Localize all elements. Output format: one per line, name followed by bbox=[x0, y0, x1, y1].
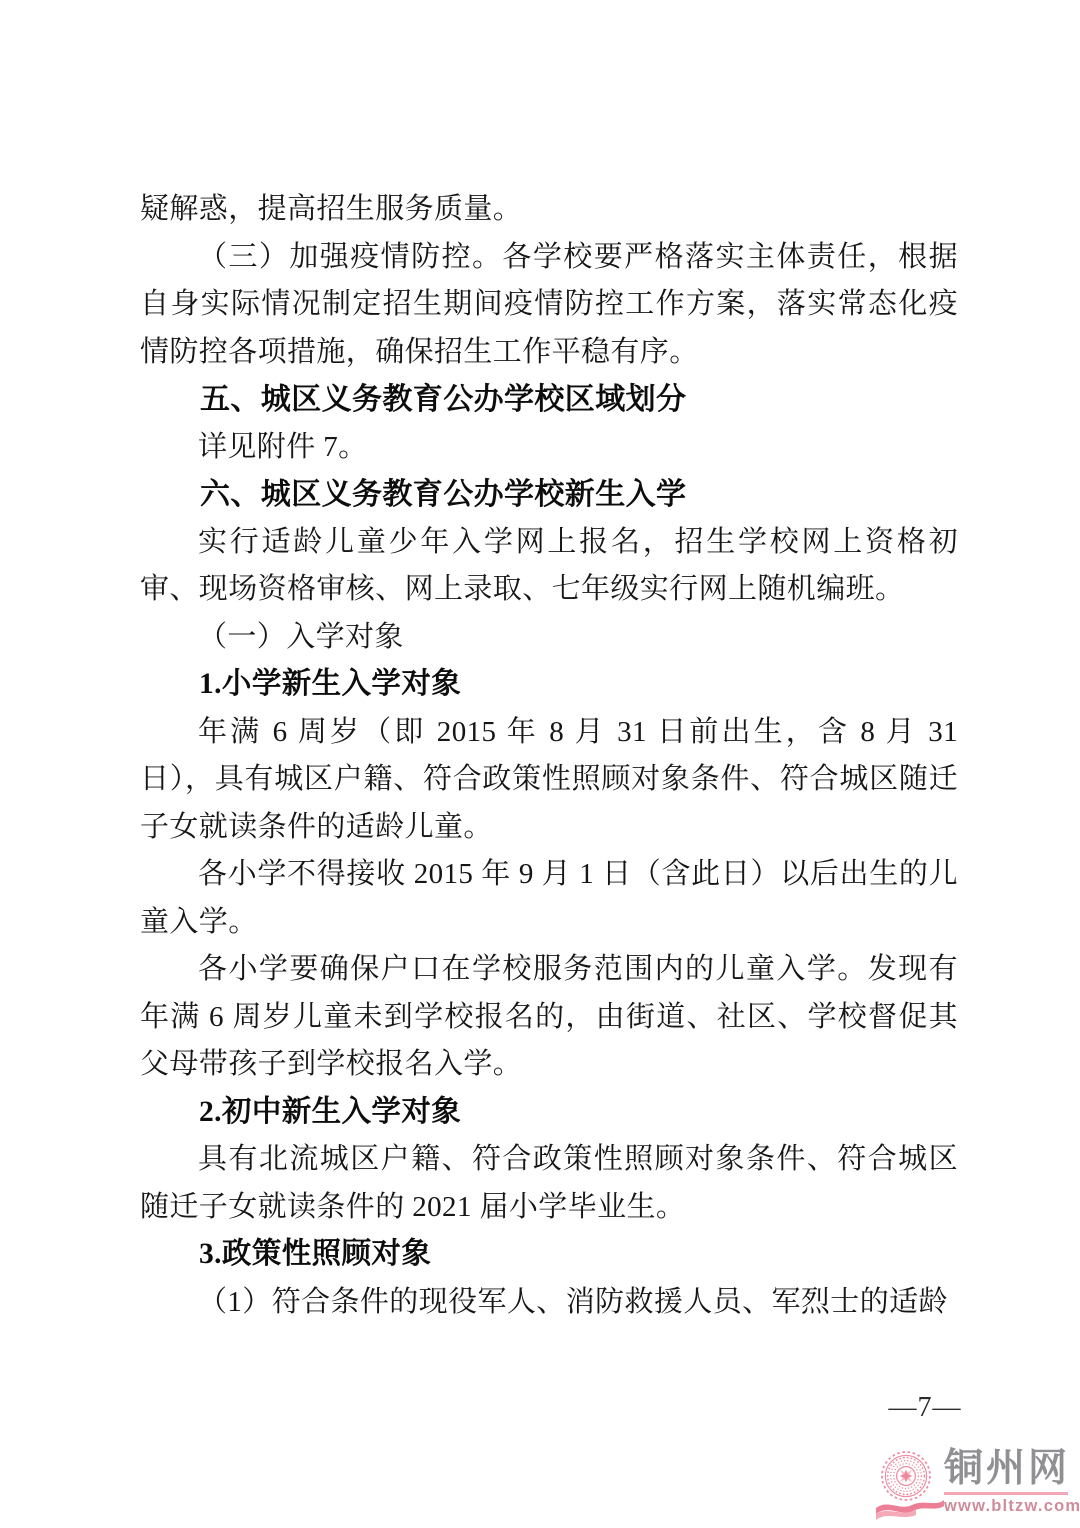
paragraph-age-requirement: 年满 6 周岁（即 2015 年 8 月 31 日前出生，含 8 月 31 日）… bbox=[140, 709, 958, 852]
ribbon-icon bbox=[874, 1498, 946, 1522]
paragraph-middle-school-eligibility: 具有北流城区户籍、符合政策性照顾对象条件、符合城区随迁子女就读条件的 2021 … bbox=[140, 1136, 958, 1231]
heading-enrollment-targets: （一）入学对象 bbox=[140, 614, 958, 662]
paragraph-birthdate-limit: 各小学不得接收 2015 年 9 月 1 日（含此日）以后出生的儿童入学。 bbox=[140, 851, 958, 946]
paragraph-epidemic-control: （三）加强疫情防控。各学校要严格落实主体责任，根据自身实际情况制定招生期间疫情防… bbox=[140, 234, 958, 377]
heading-section-5: 五、城区义务教育公办学校区域划分 bbox=[140, 376, 958, 424]
paragraph-continued: 疑解惑，提高招生服务质量。 bbox=[140, 186, 958, 234]
document-page: { "document": { "blocks": [ { "style": "… bbox=[0, 0, 1080, 1528]
heading-primary-school-targets: 1.小学新生入学对象 bbox=[140, 661, 958, 709]
page-number: —7— bbox=[880, 1392, 970, 1424]
paragraph-see-attachment: 详见附件 7。 bbox=[140, 424, 958, 472]
seal-medallion-icon bbox=[878, 1450, 934, 1504]
watermark-badge bbox=[874, 1448, 942, 1522]
watermark-divider bbox=[944, 1492, 1068, 1495]
heading-section-6: 六、城区义务教育公办学校新生入学 bbox=[140, 471, 958, 519]
paragraph-service-area: 各小学要确保户口在学校服务范围内的儿童入学。发现有年满 6 周岁儿童未到学校报名… bbox=[140, 946, 958, 1089]
site-name: 铜州网 bbox=[944, 1448, 1072, 1490]
heading-policy-care-targets: 3.政策性照顾对象 bbox=[140, 1231, 958, 1279]
heading-middle-school-targets: 2.初中新生入学对象 bbox=[140, 1089, 958, 1137]
paragraph-military-personnel: （1）符合条件的现役军人、消防救援人员、军烈士的适龄 bbox=[140, 1279, 958, 1327]
document-body: 疑解惑，提高招生服务质量。 （三）加强疫情防控。各学校要严格落实主体责任，根据自… bbox=[140, 186, 958, 1326]
paragraph-online-enrollment: 实行适龄儿童少年入学网上报名，招生学校网上资格初审、现场资格审核、网上录取、七年… bbox=[140, 519, 958, 614]
watermark-text: 铜州网 www.bltzw.com bbox=[944, 1448, 1072, 1516]
site-watermark: 铜州网 www.bltzw.com bbox=[874, 1448, 1072, 1522]
site-url: www.bltzw.com bbox=[944, 1497, 1072, 1516]
